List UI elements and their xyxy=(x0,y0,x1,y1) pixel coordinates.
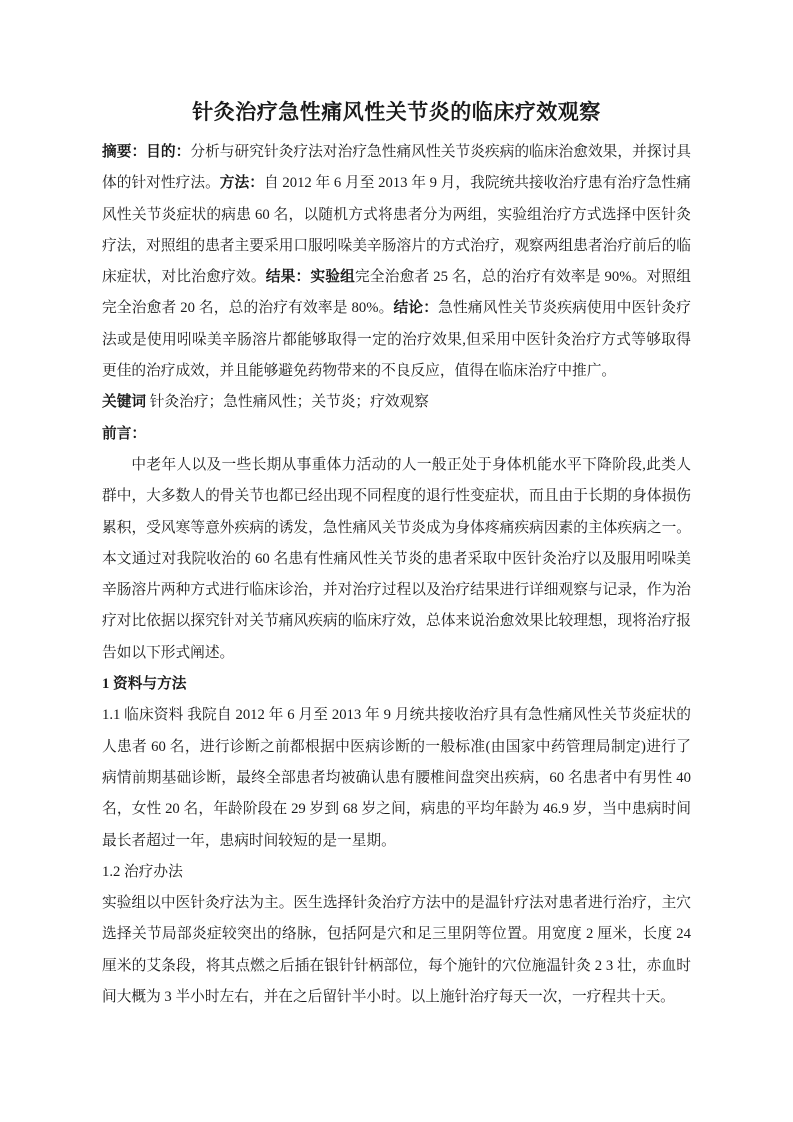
intro-heading: 前言： xyxy=(102,419,691,450)
text-segment: 方法： xyxy=(220,175,264,191)
text-segment: 摘要：目的： xyxy=(102,144,190,160)
intro-paragraph: 中老年人以及一些长期从事重体力活动的人一般正处于身体机能水平下降阶段,此类人群中… xyxy=(102,450,691,669)
document-content: 针灸治疗急性痛风性关节炎的临床疗效观察 摘要：目的：分析与研究针灸疗法对治疗急性… xyxy=(102,97,691,1013)
text-segment: 中老年人以及一些长期从事重体力活动的人一般正处于身体机能水平下降阶段,此类人群中… xyxy=(102,457,691,661)
text-segment: 前言： xyxy=(102,426,146,442)
text-segment: 1 资料与方法 xyxy=(102,676,186,692)
text-segment: 1.1 临床资料 我院自 2012 年 6 月至 2013 年 9 月统共接收治… xyxy=(102,707,691,848)
section-1-2-heading: 1.2 治疗办法 xyxy=(102,857,691,888)
text-segment: 结论： xyxy=(394,300,439,316)
document-page: 针灸治疗急性痛风性关节炎的临床疗效观察 摘要：目的：分析与研究针灸疗法对治疗急性… xyxy=(0,0,793,1122)
text-segment: 实验组以中医针灸疗法为主。医生选择针灸治疗方法中的是温针疗法对患者进行治疗，主穴… xyxy=(102,895,691,1005)
section-1-heading: 1 资料与方法 xyxy=(102,669,691,700)
abstract-paragraph: 摘要：目的：分析与研究针灸疗法对治疗急性痛风性关节炎疾病的临床治愈效果，并探讨具… xyxy=(102,137,691,387)
section-1-2-paragraph: 实验组以中医针灸疗法为主。医生选择针灸治疗方法中的是温针疗法对患者进行治疗，主穴… xyxy=(102,888,691,1013)
text-segment: 关键词 xyxy=(102,394,150,410)
paper-title: 针灸治疗急性痛风性关节炎的临床疗效观察 xyxy=(102,97,691,128)
text-segment: 结果：实验组 xyxy=(266,269,355,285)
keywords-line: 关键词 针灸治疗；急性痛风性；关节炎；疗效观察 xyxy=(102,387,691,418)
section-1-1-paragraph: 1.1 临床资料 我院自 2012 年 6 月至 2013 年 9 月统共接收治… xyxy=(102,700,691,856)
document-body: 摘要：目的：分析与研究针灸疗法对治疗急性痛风性关节炎疾病的临床治愈效果，并探讨具… xyxy=(102,137,691,1013)
text-segment: 针灸治疗；急性痛风性；关节炎；疗效观察 xyxy=(150,394,429,410)
text-segment: 1.2 治疗办法 xyxy=(102,864,183,880)
